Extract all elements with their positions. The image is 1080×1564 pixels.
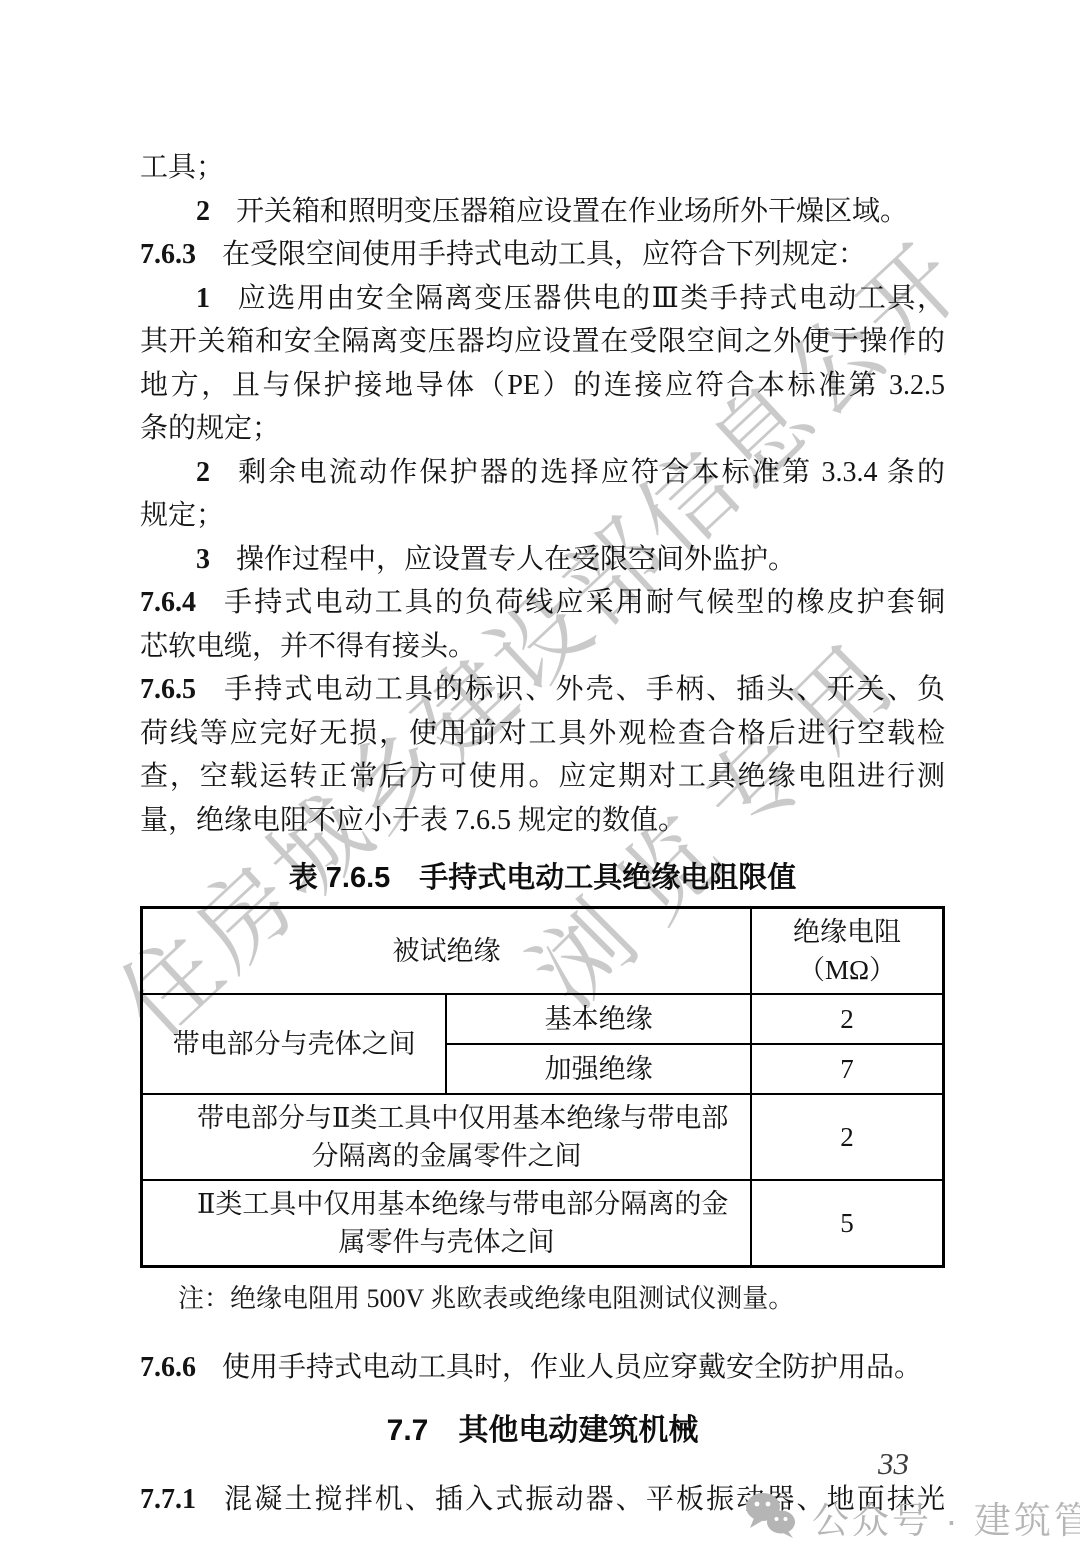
table-caption: 表 7.6.5 手持式电动工具绝缘电阻限值 xyxy=(140,858,945,898)
wechat-icon xyxy=(742,1491,798,1544)
line-text: 其开关箱和安全隔离变压器均应设置在受限空间之外便于操作的 xyxy=(140,326,945,357)
body-line: 芯软电缆，并不得有接头。 xyxy=(140,625,945,669)
clause-number: 7.7.1 xyxy=(140,1484,196,1515)
body-line-clause-764: 7.6.4手持式电动工具的负荷线应采用耐气候型的橡皮护套铜 xyxy=(140,581,945,625)
cell-row4-label: Ⅱ类工具中仅用基本绝缘与带电部分隔离的金属零件与壳体之间 xyxy=(142,1180,752,1267)
line-text: 操作过程中，应设置专人在受限空间外监护。 xyxy=(236,544,796,575)
cell-row4-value: 5 xyxy=(751,1180,944,1267)
cell-basic-insulation: 基本绝缘 xyxy=(446,994,751,1044)
line-text: 剩余电流动作保护器的选择应符合本标准第 3.3.4 条的 xyxy=(236,457,945,488)
line-text: 使用手持式电动工具时，作业人员应穿戴安全防护用品。 xyxy=(222,1352,922,1383)
body-line-clause-766: 7.6.6使用手持式电动工具时，作业人员应穿戴安全防护用品。 xyxy=(140,1346,945,1390)
cell-basic-value: 2 xyxy=(751,994,944,1044)
cell-reinforced-value: 7 xyxy=(751,1044,944,1094)
item-number: 3 xyxy=(196,544,210,575)
section-heading-77: 7.7 其他电动建筑机械 xyxy=(140,1410,945,1452)
line-text: 开关箱和照明变压器箱应设置在作业场所外干燥区域。 xyxy=(236,196,908,227)
clause-number: 7.6.3 xyxy=(140,239,196,270)
body-line: 工具； xyxy=(140,146,945,190)
table-header-row: 被试绝缘 绝缘电阻（MΩ） xyxy=(142,908,944,995)
cell-row3-value: 2 xyxy=(751,1094,944,1180)
body-line: 2剩余电流动作保护器的选择应符合本标准第 3.3.4 条的 xyxy=(196,451,945,495)
line-text: 条的规定； xyxy=(140,413,280,444)
body-line-clause-763: 7.6.3在受限空间使用手持式电动工具，应符合下列规定： xyxy=(140,233,945,277)
line-text: 荷线等应完好无损，使用前对工具外观检查合格后进行空载检 xyxy=(140,718,945,749)
body-line-clause-765: 7.6.5手持式电动工具的标识、外壳、手柄、插头、开关、负 xyxy=(140,668,945,712)
clause-number: 7.6.5 xyxy=(140,674,196,705)
body-line: 其开关箱和安全隔离变压器均应设置在受限空间之外便于操作的 xyxy=(140,320,945,364)
line-text: 手持式电动工具的标识、外壳、手柄、插头、开关、负 xyxy=(222,674,945,705)
body-line: 1应选用由安全隔离变压器供电的Ⅲ类手持式电动工具， xyxy=(196,277,945,321)
line-text: 在受限空间使用手持式电动工具，应符合下列规定： xyxy=(222,239,866,270)
header-cell-tested-insulation: 被试绝缘 xyxy=(142,908,752,995)
page-number: 33 xyxy=(878,1446,909,1482)
table-note: 注：绝缘电阻用 500V 兆欧表或绝缘电阻测试仪测量。 xyxy=(178,1282,945,1316)
body-line: 查，空载运转正常后方可使用。应定期对工具绝缘电阻进行测 xyxy=(140,755,945,799)
table-row: Ⅱ类工具中仅用基本绝缘与带电部分隔离的金属零件与壳体之间 5 xyxy=(142,1180,944,1267)
line-text: 工具； xyxy=(140,152,224,183)
item-number: 1 xyxy=(196,283,210,314)
insulation-resistance-table: 被试绝缘 绝缘电阻（MΩ） 带电部分与壳体之间 基本绝缘 2 加强绝缘 7 带电… xyxy=(140,906,945,1268)
wechat-account-label: 公众号 · 建筑管理 xyxy=(812,1490,1080,1544)
line-text: 查，空载运转正常后方可使用。应定期对工具绝缘电阻进行测 xyxy=(140,761,945,792)
page-content: 工具； 2开关箱和照明变压器箱应设置在作业场所外干燥区域。 7.6.3在受限空间… xyxy=(140,146,945,1521)
table-row: 带电部分与Ⅱ类工具中仅用基本绝缘与带电部分隔离的金属零件之间 2 xyxy=(142,1094,944,1180)
clause-number: 7.6.6 xyxy=(140,1352,196,1383)
body-line: 量，绝缘电阻不应小于表 7.6.5 规定的数值。 xyxy=(140,799,945,843)
item-number: 2 xyxy=(196,457,210,488)
body-line: 规定； xyxy=(140,494,945,538)
line-text: 手持式电动工具的负荷线应采用耐气候型的橡皮护套铜 xyxy=(222,587,945,618)
cell-group-label: 带电部分与壳体之间 xyxy=(142,994,447,1094)
line-text: 芯软电缆，并不得有接头。 xyxy=(140,631,476,662)
document-page: 工具； 2开关箱和照明变压器箱应设置在作业场所外干燥区域。 7.6.3在受限空间… xyxy=(0,0,1080,1564)
line-text: 应选用由安全隔离变压器供电的Ⅲ类手持式电动工具， xyxy=(236,283,945,314)
wechat-footer: 公众号 · 建筑管理 xyxy=(742,1490,1080,1544)
body-line: 3操作过程中，应设置专人在受限空间外监护。 xyxy=(196,538,945,582)
header-cell-resistance: 绝缘电阻（MΩ） xyxy=(751,908,944,995)
line-text: 地方，且与保护接地导体（PE）的连接应符合本标准第 3.2.5 xyxy=(140,370,945,401)
cell-row3-label: 带电部分与Ⅱ类工具中仅用基本绝缘与带电部分隔离的金属零件之间 xyxy=(142,1094,752,1180)
line-text: 量，绝缘电阻不应小于表 7.6.5 规定的数值。 xyxy=(140,805,686,836)
clause-number: 7.6.4 xyxy=(140,587,196,618)
cell-reinforced-insulation: 加强绝缘 xyxy=(446,1044,751,1094)
line-text: 规定； xyxy=(140,500,224,531)
body-line: 荷线等应完好无损，使用前对工具外观检查合格后进行空载检 xyxy=(140,712,945,756)
body-line: 条的规定； xyxy=(140,407,945,451)
table-row: 带电部分与壳体之间 基本绝缘 2 xyxy=(142,994,944,1044)
body-line: 2开关箱和照明变压器箱应设置在作业场所外干燥区域。 xyxy=(196,190,945,234)
item-number: 2 xyxy=(196,196,210,227)
body-line: 地方，且与保护接地导体（PE）的连接应符合本标准第 3.2.5 xyxy=(140,364,945,408)
